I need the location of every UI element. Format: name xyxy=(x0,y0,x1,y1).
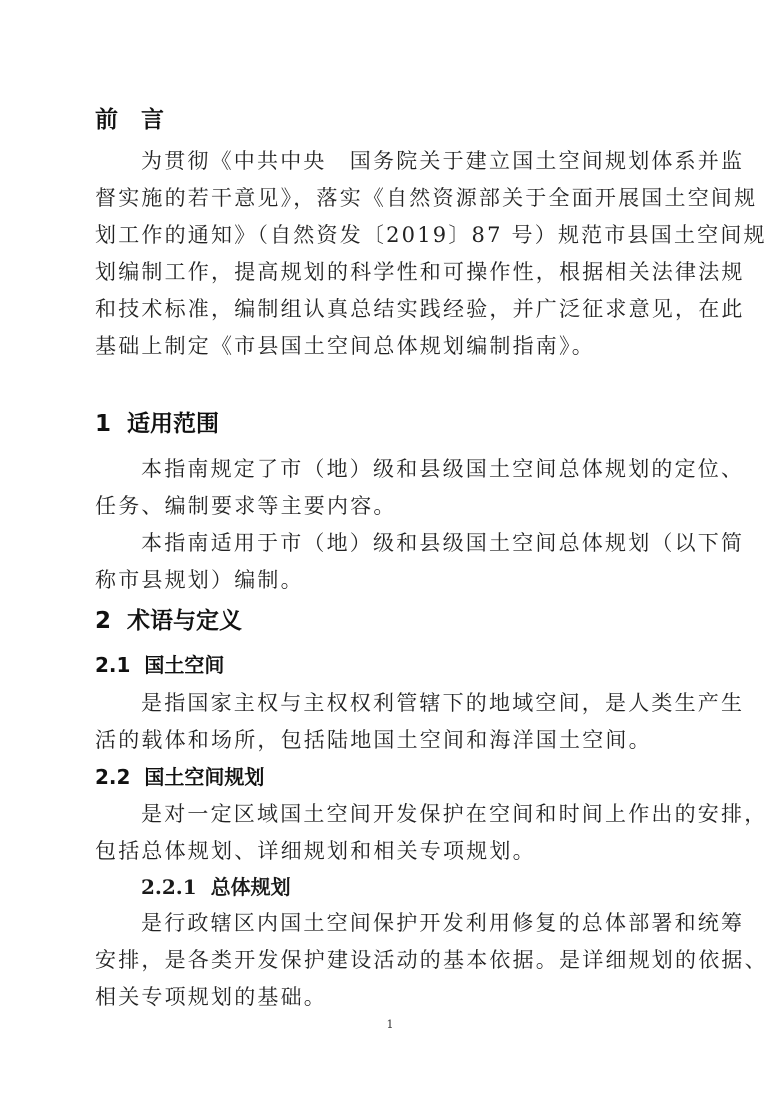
section-1-paragraph-line: 本指南规定了市（地）级和县级国土空间总体规划的定位、 xyxy=(141,456,689,482)
preface-paragraph-line: 督实施的若干意见》，落实《自然资源部关于全面开展国土空间规 xyxy=(95,185,689,211)
section-2-2-paragraph-line: 包括总体规划、详细规划和相关专项规划。 xyxy=(95,838,689,864)
section-2-2-1-paragraph-line: 相关专项规划的基础。 xyxy=(95,984,689,1010)
section-2-1-paragraph-line: 活的载体和场所，包括陆地国土空间和海洋国土空间。 xyxy=(95,727,689,753)
preface-paragraph-line: 基础上制定《市县国土空间总体规划编制指南》。 xyxy=(95,333,689,359)
section-1-heading: 1 适用范围 xyxy=(95,410,219,438)
section-1-paragraph-line: 本指南适用于市（地）级和县级国土空间总体规划（以下简 xyxy=(141,530,689,556)
section-2-2-1-heading: 2.2.1 总体规划 xyxy=(141,874,291,900)
preface-paragraph-line: 和技术标准，编制组认真总结实践经验，并广泛征求意见，在此 xyxy=(95,296,689,322)
preface-paragraph-line: 划工作的通知》（自然资发〔2019〕87 号）规范市县国土空间规 xyxy=(95,222,689,248)
page-number: 1 xyxy=(380,1018,400,1032)
preface-heading: 前 言 xyxy=(95,106,164,134)
section-2-heading: 2 术语与定义 xyxy=(95,607,242,635)
section-1-paragraph-line: 任务、编制要求等主要内容。 xyxy=(95,493,689,519)
section-2-2-1-paragraph-line: 是行政辖区内国土空间保护开发利用修复的总体部署和统筹 xyxy=(141,910,689,936)
section-2-2-paragraph-line: 是对一定区域国土空间开发保护在空间和时间上作出的安排， xyxy=(141,801,689,827)
preface-paragraph-line: 划编制工作，提高规划的科学性和可操作性，根据相关法律法规 xyxy=(95,259,689,285)
document-page: 前 言 为贯彻《中共中央 国务院关于建立国土空间规划体系并监 督实施的若干意见》… xyxy=(0,0,780,1106)
section-2-1-paragraph-line: 是指国家主权与主权权利管辖下的地域空间，是人类生产生 xyxy=(141,690,689,716)
preface-paragraph-line: 为贯彻《中共中央 国务院关于建立国土空间规划体系并监 xyxy=(141,148,689,174)
section-2-2-heading: 2.2 国土空间规划 xyxy=(95,764,264,790)
section-2-1-heading: 2.1 国土空间 xyxy=(95,652,224,678)
section-2-2-1-paragraph-line: 安排，是各类开发保护建设活动的基本依据。是详细规划的依据、 xyxy=(95,947,689,973)
section-1-paragraph-line: 称市县规划）编制。 xyxy=(95,567,689,593)
